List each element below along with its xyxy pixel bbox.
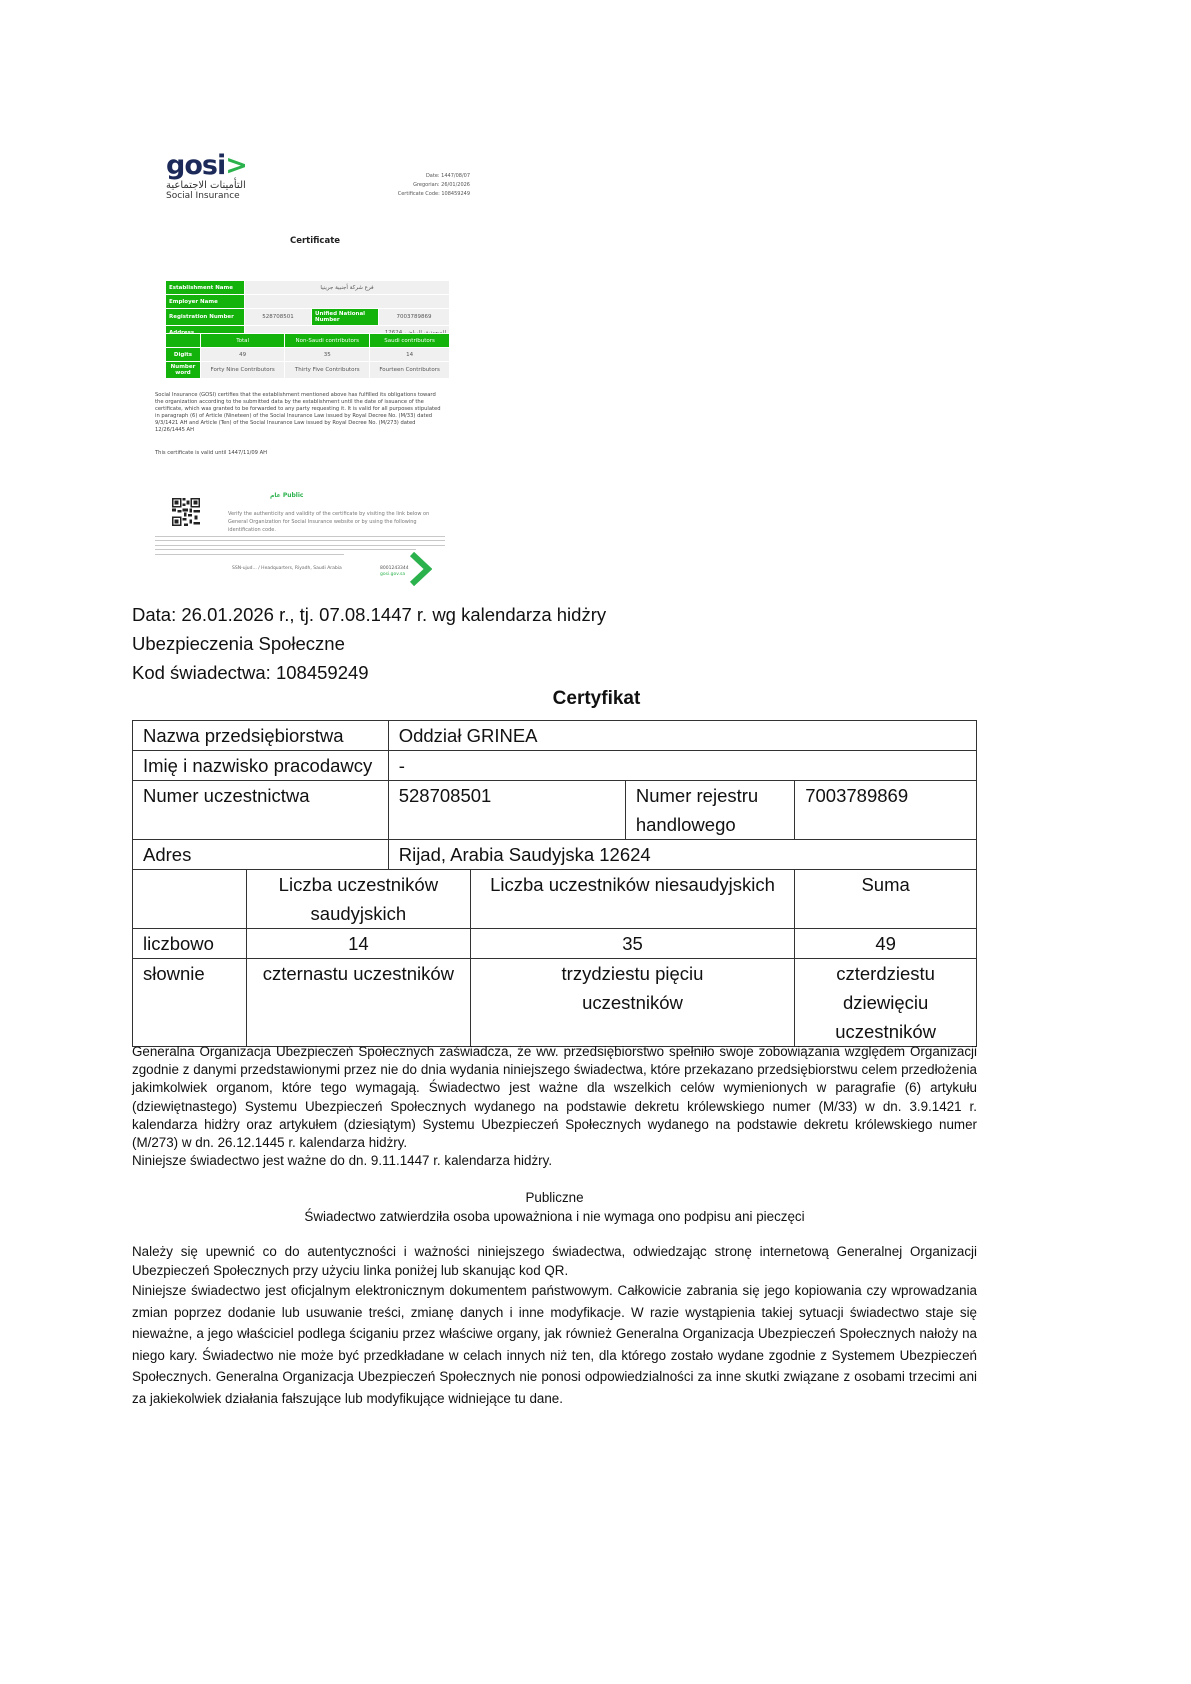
translation-code: Kod świadectwa: 108459249 — [132, 658, 606, 687]
meta-date-gregorian: Gregorian: 26/01/2026 — [398, 181, 470, 190]
translation-approval-block: Publiczne Świadectwo zatwierdziła osoba … — [132, 1188, 977, 1226]
register-value: 7003789869 — [795, 781, 977, 840]
translation-title: Certyfikat — [0, 688, 1191, 710]
original-footer-text: SSN-ujud... / Headquarters, Riyadh, Saud… — [232, 566, 342, 572]
original-fine-print — [155, 532, 445, 558]
count-row-label: liczbowo — [133, 929, 247, 959]
count-cell: 14 — [246, 929, 470, 959]
logo-english-text: Social Insurance — [166, 191, 247, 201]
contrib-cell: Fourteen Contributors — [370, 362, 450, 379]
gosi-logo: gosi> التأمينات الاجتماعية Social Insura… — [166, 152, 247, 201]
logo-wordmark: gosi — [166, 150, 225, 181]
registration-number-label: Registration Number — [166, 309, 245, 326]
logo-arabic-text: التأمينات الاجتماعية — [166, 180, 247, 191]
contrib-cell: Forty Nine Contributors — [201, 362, 285, 379]
original-footer-contact: 8001243344 gosi.gov.sa — [380, 566, 409, 578]
translation-date: Data: 26.01.2026 r., tj. 07.08.1447 r. w… — [132, 600, 606, 629]
translation-table: Nazwa przedsiębiorstwa Oddział GRINEA Im… — [132, 720, 977, 1047]
translation-org: Ubezpieczenia Społeczne — [132, 629, 606, 658]
original-paragraph: Social Insurance (GOSI) certifies that t… — [155, 392, 445, 434]
certificate-meta: Date: 1447/08/07 Gregorian: 26/01/2026 C… — [398, 172, 470, 199]
employer-name-label: Employer Name — [166, 295, 245, 309]
address-value: Rijad, Arabia Saudyjska 12624 — [388, 840, 976, 870]
contrib-cell: Thirty Five Contributors — [285, 362, 370, 379]
original-valid-until: This certificate is valid until 1447/11/… — [155, 450, 267, 456]
original-contributors-table: Total Non-Saudi contributors Saudi contr… — [165, 333, 450, 379]
original-footer-link[interactable]: gosi.gov.sa — [380, 572, 405, 577]
unified-national-number-label: Unified National Number — [312, 309, 379, 326]
participation-value: 528708501 — [388, 781, 625, 840]
meta-certificate-code: Certificate Code: 108459249 — [398, 190, 470, 199]
employer-label: Imię i nazwisko pracodawcy — [133, 751, 389, 781]
registration-number-value: 528708501 — [245, 309, 312, 326]
translation-body: Generalna Organizacja Ubezpieczeń Społec… — [132, 1043, 977, 1170]
contrib-header-total: Total — [201, 334, 285, 348]
verify-paragraph: Należy się upewnić co do autentyczności … — [132, 1243, 977, 1280]
public-label: Publiczne — [132, 1188, 977, 1207]
establishment-name-value: فرع شركة أجنبية جرينيا — [245, 281, 450, 295]
count-cell: trzydziestu pięciu uczestników — [470, 959, 794, 1047]
qr-code-icon — [172, 498, 200, 526]
count-cell: 49 — [795, 929, 977, 959]
count-header-total: Suma — [795, 870, 977, 929]
contrib-header-saudi: Saudi contributors — [370, 334, 450, 348]
contrib-cell: 14 — [370, 348, 450, 362]
count-cell: 35 — [470, 929, 794, 959]
count-cell: czterdziestu dziewięciu uczestników — [795, 959, 977, 1047]
contrib-row-label: Number word — [166, 362, 201, 379]
original-title: Certificate — [150, 236, 480, 246]
count-row-label: słownie — [133, 959, 247, 1047]
translation-header: Data: 26.01.2026 r., tj. 07.08.1447 r. w… — [132, 600, 606, 687]
count-header-empty — [133, 870, 247, 929]
validity-line: Niniejsze świadectwo jest ważne do dn. 9… — [132, 1152, 977, 1170]
contrib-row-label: Digits — [166, 348, 201, 362]
contrib-cell: 49 — [201, 348, 285, 362]
count-header-saudi: Liczba uczestników saudyjskich — [246, 870, 470, 929]
count-cell: czternastu uczestników — [246, 959, 470, 1047]
count-header-non-saudi: Liczba uczestników niesaudyjskich — [470, 870, 794, 929]
unified-national-number-value: 7003789869 — [379, 309, 450, 326]
contrib-cell: 35 — [285, 348, 370, 362]
certification-paragraph: Generalna Organizacja Ubezpieczeń Społec… — [132, 1043, 977, 1152]
contrib-header-non-saudi: Non-Saudi contributors — [285, 334, 370, 348]
legal-paragraph: Niniejsze świadectwo jest oficjalnym ele… — [132, 1280, 977, 1410]
gosi-chevron-icon — [410, 552, 432, 586]
original-public-label: عام Public — [270, 492, 303, 499]
original-verify-text: Verify the authenticity and validity of … — [228, 510, 438, 534]
contrib-header-empty — [166, 334, 201, 348]
address-label: Adres — [133, 840, 389, 870]
register-label: Numer rejestru handlowego — [625, 781, 794, 840]
logo-arrow-icon: > — [225, 150, 247, 181]
employer-name-value — [245, 295, 450, 309]
establishment-name-label: Establishment Name — [166, 281, 245, 295]
establishment-label: Nazwa przedsiębiorstwa — [133, 721, 389, 751]
original-info-table: Establishment Name فرع شركة أجنبية جريني… — [165, 280, 450, 340]
translation-title-text: Certyfikat — [553, 688, 641, 709]
establishment-value: Oddział GRINEA — [388, 721, 976, 751]
approval-note: Świadectwo zatwierdziła osoba upoważnion… — [132, 1207, 977, 1226]
original-certificate-scan: gosi> التأمينات الاجتماعية Social Insura… — [150, 140, 480, 640]
meta-date-hijri: Date: 1447/08/07 — [398, 172, 470, 181]
participation-label: Numer uczestnictwa — [133, 781, 389, 840]
employer-value: - — [388, 751, 976, 781]
